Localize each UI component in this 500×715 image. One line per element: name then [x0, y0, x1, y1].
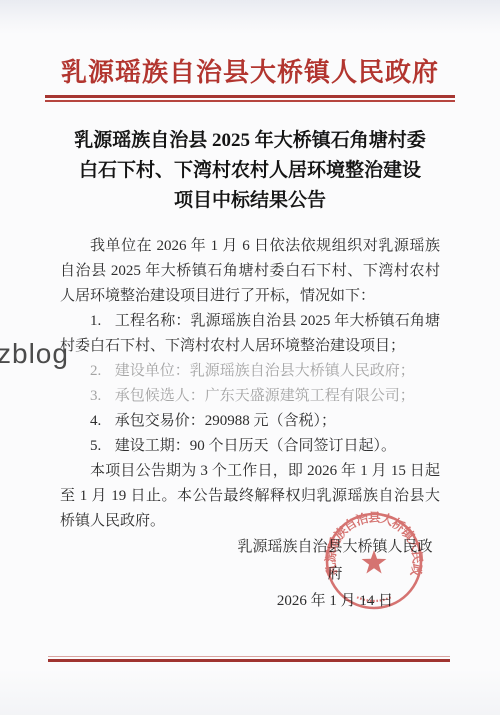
list-item: 3.承包候选人：广东天盛源建筑工程有限公司；: [60, 384, 440, 409]
seal-star-icon: [362, 550, 387, 574]
item-text: 承包交易价：290988 元（含税）；: [115, 413, 336, 429]
zblog-watermark: zblog: [0, 338, 69, 370]
item-text: 承包候选人：广东天盛源建筑工程有限公司；: [115, 388, 415, 404]
item-number: 1.: [90, 313, 101, 329]
item-text: 工程名称：乳源瑶族自治县 2025 年大桥镇石角塘村委白石下村、下湾村农村人居环…: [60, 313, 440, 354]
letterhead-double-rule: [45, 95, 455, 102]
list-item: 4.承包交易价：290988 元（含税）；: [60, 409, 440, 434]
document-title: 乳源瑶族自治县 2025 年大桥镇石角塘村委 白石下村、下湾村农村人居环境整治建…: [55, 126, 445, 216]
seal-serial-marks: [357, 597, 391, 601]
official-seal-stamp: 乳源瑶族自治县大桥镇人民政府: [324, 508, 424, 614]
list-item: 2.建设单位：乳源瑶族自治县大桥镇人民政府；: [60, 359, 440, 384]
item-number: 4.: [90, 413, 101, 429]
item-number: 2.: [90, 363, 101, 379]
item-number: 5.: [90, 438, 101, 454]
list-item: 1.工程名称：乳源瑶族自治县 2025 年大桥镇石角塘村委白石下村、下湾村农村人…: [60, 309, 440, 359]
intro-paragraph: 我单位在 2026 年 1 月 6 日依法依规组织对乳源瑶族自治县 2025 年…: [60, 234, 440, 309]
footer-double-rule: [48, 656, 450, 662]
item-text: 建设单位：乳源瑶族自治县大桥镇人民政府；: [115, 363, 415, 379]
item-text: 建设工期：90 个日历天（合同签订日起）。: [115, 438, 396, 454]
list-item: 5.建设工期：90 个日历天（合同签订日起）。: [60, 434, 440, 459]
official-document: 乳源瑶族自治县大桥镇人民政府 乳源瑶族自治县 2025 年大桥镇石角塘村委 白石…: [0, 0, 500, 715]
title-line-3: 项目中标结果公告: [55, 186, 445, 216]
item-number: 3.: [90, 388, 101, 404]
letterhead-org-name: 乳源瑶族自治县大桥镇人民政府: [45, 52, 455, 89]
title-line-2: 白石下村、下湾村农村人居环境整治建设: [55, 156, 445, 186]
document-body: 我单位在 2026 年 1 月 6 日依法依规组织对乳源瑶族自治县 2025 年…: [60, 234, 440, 534]
title-line-1: 乳源瑶族自治县 2025 年大桥镇石角塘村委: [55, 126, 445, 156]
